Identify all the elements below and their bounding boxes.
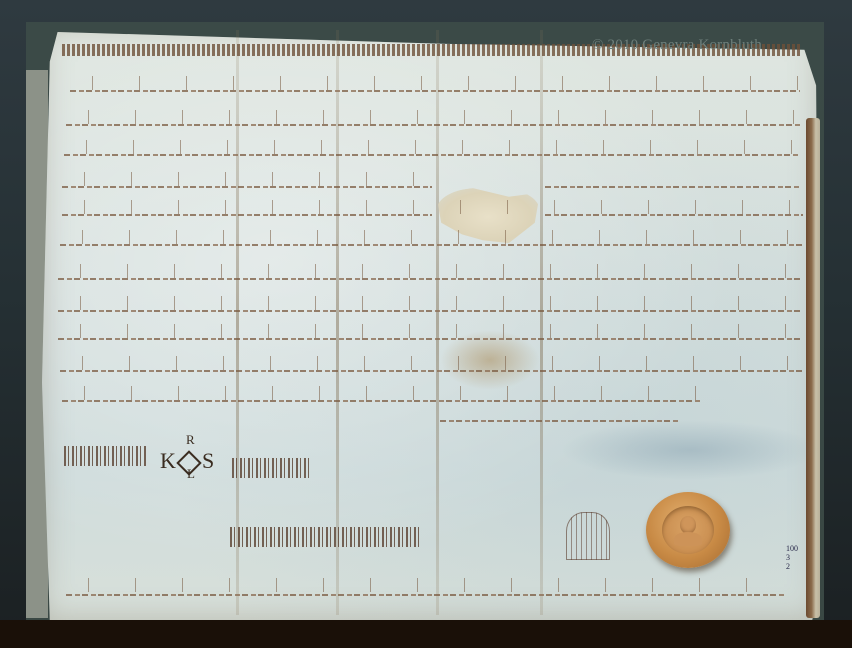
shadow-area [560, 420, 820, 480]
parchment-rolled-edge [806, 118, 820, 618]
chancery-recognition-text [230, 527, 420, 547]
bottom-band [0, 620, 852, 648]
copyright-watermark: © 2010 Genevra Kornbluth [592, 37, 762, 54]
dating-clause-line [66, 594, 786, 596]
shelfmark: 100 3 2 [786, 544, 798, 571]
royal-monogram: K R S L [160, 438, 220, 488]
wax-seal [646, 492, 730, 568]
seal-shoulders [674, 532, 702, 546]
signum-line-text [64, 446, 148, 466]
seal-impression [662, 506, 714, 554]
photo-scene: K R S L 100 3 2 © 2010 Genevra Kornbluth [0, 0, 852, 648]
recognition-sign [566, 512, 610, 560]
signum-line-text [232, 458, 312, 478]
